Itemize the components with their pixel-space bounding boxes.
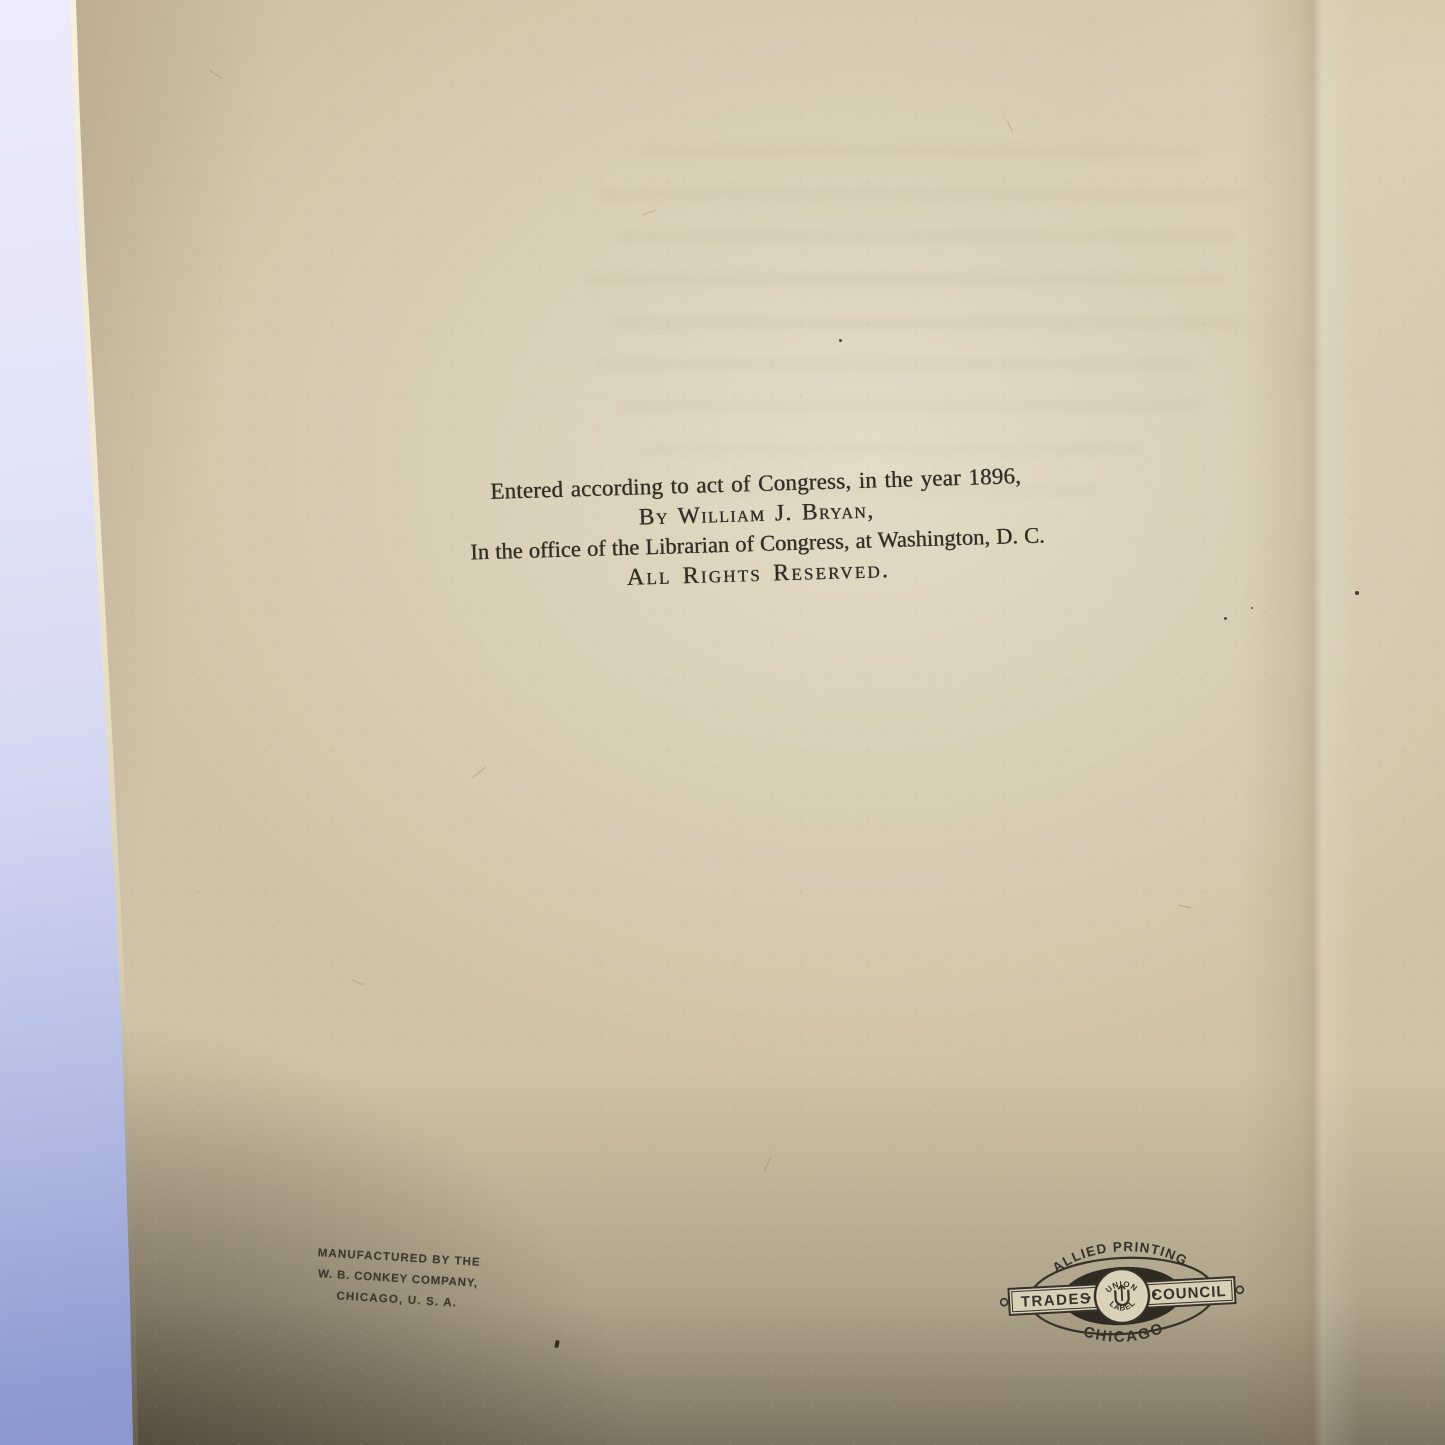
union-label-graphic: TRADES COUNCIL UNION LABEL: [979, 1234, 1264, 1359]
banner-right-ring: [1236, 1286, 1243, 1293]
copyright-statement: Entered according to act of Congress, in…: [425, 459, 1088, 599]
banner-left-ring: [1000, 1298, 1007, 1305]
label-seal: UNION LABEL: [1094, 1268, 1151, 1325]
union-label-stamp: TRADES COUNCIL UNION LABEL: [979, 1234, 1264, 1359]
photo-of-book-copyright-page: { "copyright": { "line1": "Entered accor…: [0, 0, 1445, 1445]
page-crease: [1242, 0, 1360, 1445]
book-page: Entered according to act of Congress, in…: [0, 0, 1445, 1445]
paper-texture: [0, 0, 1445, 1445]
